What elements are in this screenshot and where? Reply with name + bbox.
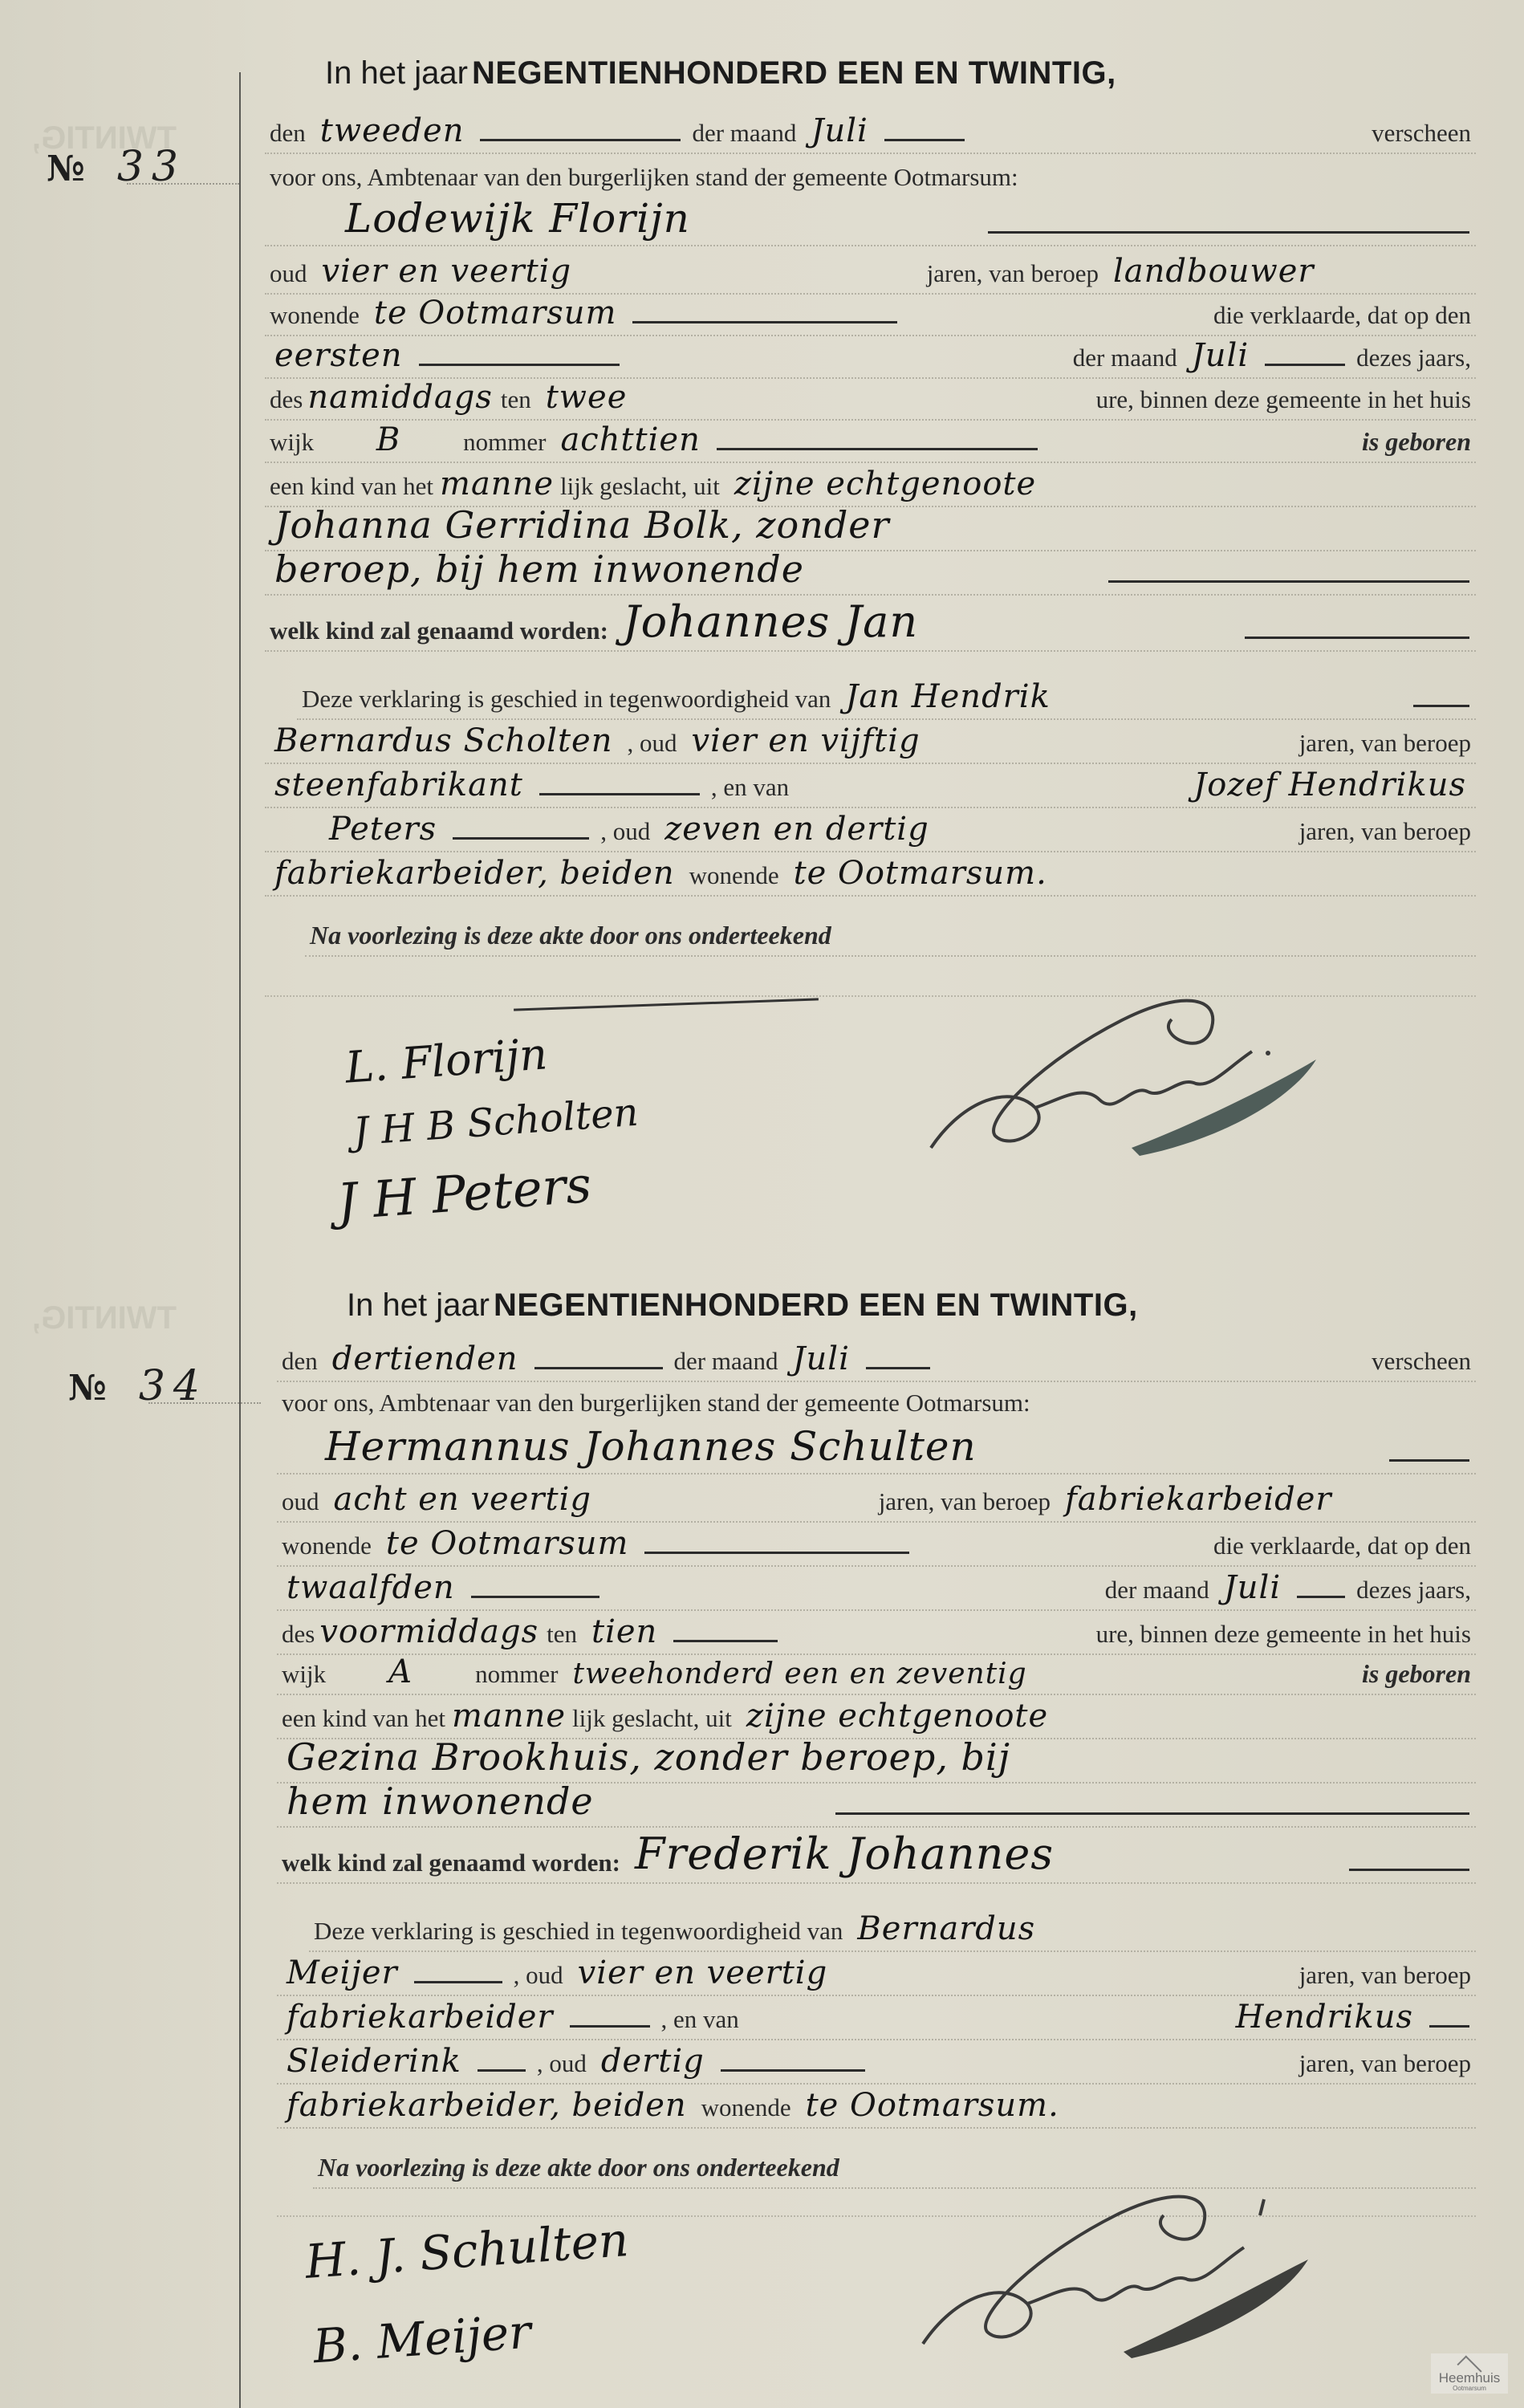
line-child-name: welk kind zal genaamd worden: Johannes J… [265,602,1476,652]
logo-subtitle: Ootmarsum [1453,2385,1486,2392]
label-oud: , oud [532,2049,591,2083]
label-welk-kind: welk kind zal genaamd worden: [277,1849,625,1882]
filler-dash [988,231,1469,234]
filler-dash [835,1812,1469,1815]
field-house-number: tweehonderd een en zeventig [563,1658,1036,1694]
heemhuis-logo: Heemhuis Ootmarsum [1431,2353,1508,2394]
field-sex: manne [450,1698,567,1738]
header-line: In het jaar NEGENTIENHONDERD EEN EN TWIN… [347,1280,1476,1328]
field-witness1-name: Jan Hendrik [835,678,1059,718]
filler-dash [717,448,1038,450]
label-wonende: wonende [685,861,784,895]
field-child-name: Johannes Jan [613,596,928,650]
label-wijk: wijk [277,1660,331,1694]
filler-dash [1297,1596,1345,1598]
field-day: tweeden [311,112,474,153]
signature-declarant: L. Florijn [343,1028,549,1092]
field-sex: manne [438,466,555,506]
field-witness1-name: Bernardus [847,1910,1045,1950]
field-witness2-name: Hendrikus [1226,1999,1423,2039]
label-die-verklaarde: die verklaarde, dat op den [1209,1531,1476,1565]
field-month: Juli [801,112,877,153]
register-page: TWINTIG, TWINTIG, №33 In het jaar NEGENT… [0,0,1524,2408]
label-jaren-beroep: jaren, van beroep [1294,2049,1476,2083]
line-witness-intro: Deze verklaring is geschied in tegenwoor… [297,670,1476,720]
field-witness-residence: te Ootmarsum. [796,2087,1069,2127]
dotted-rule [127,183,239,185]
official-signature [915,987,1364,1164]
signature-witness-1: B. Meijer [311,2304,533,2374]
label-na-voorlezing: Na voorlezing is deze akte door ons onde… [313,2153,844,2187]
line-mother-2: hem inwonende [277,1778,1476,1828]
field-mother-occupation: hem inwonende [277,1780,604,1826]
line-witness1: Meijer , oud vier en veertig jaren, van … [277,1946,1476,1996]
line-na-voorlezing: Na voorlezing is deze akte door ons onde… [313,2139,1476,2189]
line-age: oud acht en veertig jaren, van beroep fa… [277,1473,1476,1523]
field-wijk: A [331,1653,470,1694]
label-wijk: wijk [265,428,319,462]
line-child-name: welk kind zal genaamd worden: Frederik J… [277,1834,1476,1884]
filler-dash [419,364,620,366]
filler-dash [534,1367,663,1369]
line-na-voorlezing: Na voorlezing is deze akte door ons onde… [305,907,1476,957]
field-witness2-age: zeven en dertig [655,811,939,851]
filler-dash [1245,637,1469,639]
field-witness-residence: te Ootmarsum. [784,855,1057,895]
field-mother-name: Gezina Brookhuis, zonder beroep, bij [277,1735,1020,1782]
line-declarant: Hermannus Johannes Schulten [277,1425,1476,1474]
filler-dash [471,1596,599,1598]
line-residence: wonende te Ootmarsum die verklaarde, dat… [277,1517,1476,1567]
label-deze-verklaring: Deze verklaring is geschied in tegenwoor… [297,685,835,718]
filler-dash [632,321,897,323]
label-oud: , oud [595,817,655,851]
field-mother-name: Johanna Gerridina Bolk, zonder [265,503,900,550]
margin-rule [239,72,241,2408]
line-mother-1: Johanna Gerridina Bolk, zonder [265,502,1476,551]
field-witness1-occupation: fabriekarbeider [277,1999,563,2039]
line-witness-intro: Deze verklaring is geschied in tegenwoor… [309,1902,1476,1952]
filler-dash [644,1552,909,1554]
header-prefix: In het jaar [325,55,468,96]
label-voor-ons: voor ons, Ambtenaar van den burgerlijken… [265,163,1023,197]
line-declarant: Lodewijk Florijn [265,197,1476,246]
field-witness1-occupation: steenfabrikant [265,767,533,807]
filler-dash [866,1367,930,1369]
line-witness2: Peters , oud zeven en dertig jaren, van … [265,803,1476,852]
filler-dash [1265,364,1345,366]
line-sex: een kind van het manne lijk geslacht, ui… [265,458,1476,507]
header-year: NEGENTIENHONDERD EEN EN TWINTIG, [494,1287,1138,1323]
header-year: NEGENTIENHONDERD EEN EN TWINTIG, [472,55,1116,91]
number-symbol: № [47,148,85,189]
field-declarant-name: Lodewijk Florijn [265,195,700,245]
label-en-van: , en van [656,2005,744,2039]
label-den: den [265,119,311,153]
field-witness1-age: vier en veertig [568,1954,838,1995]
filler-dash [539,793,700,795]
label-der-maand: der maand [1100,1576,1214,1609]
line-witness1-occupation: fabriekarbeider , en van Hendrikus [277,1991,1476,2040]
label-lijk-geslacht: lijk geslacht, uit [555,472,725,506]
line-witness-residence: fabriekarbeider, beiden wonende te Ootma… [277,2079,1476,2129]
filler-dash [884,139,965,141]
filler-dash [414,1981,502,1983]
dotted-rule [148,1402,261,1404]
label-nommer: nommer [458,428,551,462]
label-nommer: nommer [470,1660,563,1694]
filler-dash [721,2069,865,2072]
line-birth-date: twaalfden der maand Juli dezes jaars, [277,1561,1476,1611]
filler-dash [478,2069,526,2072]
number-symbol: № [68,1368,107,1409]
field-witness2-surname: Sleiderink [277,2043,471,2083]
label-dezes-jaars: dezes jaars, [1351,1576,1476,1609]
header-line: In het jaar NEGENTIENHONDERD EEN EN TWIN… [325,48,1476,96]
label-der-maand: der maand [687,119,801,153]
label-en-van: , en van [706,773,794,807]
filler-dash [480,139,681,141]
line-voor-ons: voor ons, Ambtenaar van den burgerlijken… [265,148,1476,197]
label-een-kind: een kind van het [265,472,438,506]
filler-dash [1429,2025,1469,2028]
line-witness2: Sleiderink , oud dertig jaren, van beroe… [277,2035,1476,2085]
line-voor-ons: voor ons, Ambtenaar van den burgerlijken… [277,1374,1476,1422]
official-signature-icon [915,987,1364,1164]
label-oud: , oud [622,729,681,763]
line-date: den tweeden der maand Juli verscheen [265,104,1476,154]
field-house-number: achttien [551,421,709,462]
label-jaren-beroep: jaren, van beroep [1294,817,1476,851]
field-child-name: Frederik Johannes [625,1828,1063,1882]
signature-witness-2: J H Peters [335,1155,593,1231]
label-jaren-beroep: jaren, van beroep [1294,1961,1476,1995]
field-occupation: fabriekarbeider [1055,1481,1476,1521]
official-signature-icon [907,2183,1356,2360]
label-jaren-beroep: jaren, van beroep [874,1487,1055,1521]
field-witness2-occupation: fabriekarbeider, beiden [265,855,685,895]
field-witness2-occupation: fabriekarbeider, beiden [277,2087,697,2127]
field-mother-relation: zijne echtgenoote [737,1698,1058,1738]
filler-dash [1389,1459,1469,1462]
filler-dash [570,2025,650,2028]
signature-declarant: H. J. Schulten [303,2212,630,2289]
line-address: wijk B nommer achttien is geboren [265,413,1476,463]
header-prefix: In het jaar [347,1287,490,1328]
label-een-kind: een kind van het [277,1704,450,1738]
field-mother-occupation: beroep, bij hem inwonende [265,547,814,594]
label-oud: oud [277,1487,324,1521]
line-witness-residence: fabriekarbeider, beiden wonende te Ootma… [265,847,1476,897]
line-witness1-occupation: steenfabrikant , en van Jozef Hendrikus [265,759,1476,808]
label-welk-kind: welk kind zal genaamd worden: [265,616,613,650]
field-witness2-surname: Peters [265,811,446,851]
line-sex: een kind van het manne lijk geslacht, ui… [277,1690,1476,1739]
label-is-geboren: is geboren [1357,1659,1476,1694]
field-witness2-name: Jozef Hendrikus [1184,767,1476,807]
label-is-geboren: is geboren [1357,427,1476,462]
label-wonende: wonende [697,2093,796,2127]
line-mother-2: beroep, bij hem inwonende [265,546,1476,596]
label-na-voorlezing: Na voorlezing is deze akte door ons onde… [305,921,836,955]
label-wonende: wonende [277,1531,376,1565]
record-number: №33 [47,143,186,191]
signature-witness-1: J H B Scholten [352,1090,640,1155]
field-birth-day: twaalfden [277,1569,465,1609]
field-witness1-surname: Meijer [277,1954,408,1995]
label-lijk-geslacht: lijk geslacht, uit [567,1704,737,1738]
field-witness1-age: vier en vijftig [681,722,929,763]
pen-stroke [514,998,819,1011]
field-residence: te Ootmarsum [376,1525,639,1565]
label-verscheen: verscheen [1367,119,1476,153]
field-witness1-surname: Bernardus Scholten [265,722,622,763]
field-witness2-age: dertig [591,2043,714,2083]
official-signature [907,2183,1356,2360]
filler-dash [1413,705,1469,707]
line-address: wijk A nommer tweehonderd een en zeventi… [277,1645,1476,1695]
record-number: №34 [68,1362,208,1410]
filler-dash [1349,1869,1469,1871]
filler-dash [673,1640,778,1642]
field-age: acht en veertig [324,1481,601,1521]
label-deze-verklaring: Deze verklaring is geschied in tegenwoor… [309,1917,847,1950]
filler-dash [453,837,589,840]
label-oud: , oud [509,1961,568,1995]
bleed-through-text: TWINTIG, [32,1300,177,1336]
line-witness1: Bernardus Scholten , oud vier en vijftig… [265,714,1476,764]
filler-dash [1108,580,1469,583]
field-mother-relation: zijne echtgenoote [725,466,1046,506]
line-mother-1: Gezina Brookhuis, zonder beroep, bij [277,1734,1476,1784]
field-declarant-name: Hermannus Johannes Schulten [277,1423,986,1473]
field-wijk: B [319,421,458,462]
label-voor-ons: voor ons, Ambtenaar van den burgerlijken… [277,1389,1035,1422]
label-jaren-beroep: jaren, van beroep [1294,729,1476,763]
field-birth-month: Juli [1214,1569,1290,1609]
